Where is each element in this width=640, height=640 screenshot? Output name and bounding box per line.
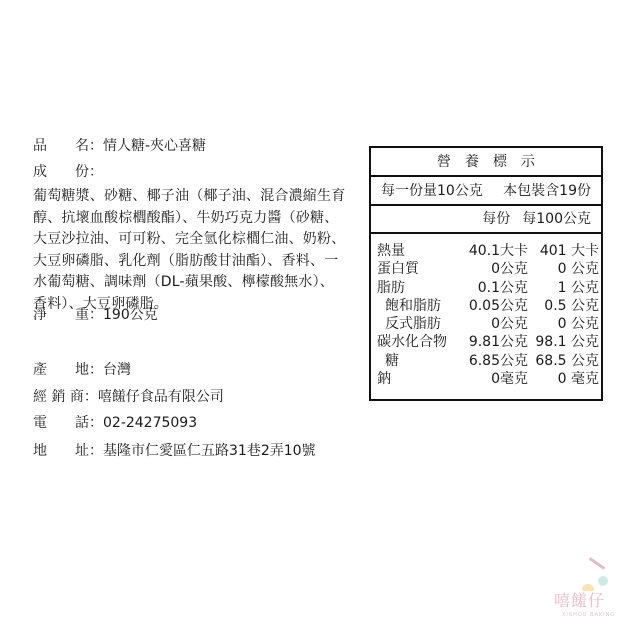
nutrient-per-serving: 40.1大卡 (459, 242, 528, 260)
nutrient-per-serving: 0.05公克 (459, 297, 528, 315)
nutrient-name: 脂肪 (371, 279, 459, 297)
address-value: 基隆市仁愛區仁五路31巷2弄10號 (103, 443, 316, 459)
nutrient-per-serving: 0毫克 (459, 370, 528, 388)
net-weight-label: 淨 重： (33, 307, 103, 323)
ingredients-text: 葡萄糖漿、砂糖、椰子油（椰子油、混合濃縮生育 醇、抗壞血酸棕櫚酸酯）、牛奶巧克力… (33, 186, 363, 315)
phone-line: 電 話：02-24275093 (33, 412, 197, 434)
nutrient-name: 飽和脂肪 (371, 297, 459, 315)
nutrient-name: 鈉 (371, 370, 459, 388)
nutrition-facts-table: 營養標示 每一份量10公克 本包裝含19份 每份 每100公克 熱量 40.1大… (369, 146, 603, 401)
logo-text: 嘻饈仔 (554, 588, 605, 611)
phone-value: 02-24275093 (103, 415, 197, 431)
phone-label: 電 話： (33, 415, 103, 431)
nutrition-column-header: 每份 每100公克 (371, 206, 601, 234)
nutrition-row-carbohydrate: 碳水化合物 9.81公克 98.1 公克 (371, 333, 601, 351)
nutrient-per-100g: 0.5 公克 (528, 297, 599, 315)
net-weight-line: 淨 重：190公克 (33, 304, 158, 326)
nutrition-rows: 熱量 40.1大卡 401 大卡 蛋白質 0公克 0 公克 脂肪 0.1公克 1… (371, 234, 601, 388)
origin-line: 產 地：台灣 (33, 359, 131, 381)
distributor-label: 經 銷 商： (33, 389, 98, 405)
nutrient-per-100g: 0 公克 (528, 260, 599, 278)
ingredients-label-line: 成 份： (33, 161, 103, 183)
nutrient-name: 碳水化合物 (371, 333, 459, 351)
address-line: 地 址：基隆市仁愛區仁五路31巷2弄10號 (33, 440, 316, 462)
col-per-100g: 每100公克 (522, 206, 591, 232)
nutrition-row-sugar: 糖 6.85公克 68.5 公克 (371, 352, 601, 370)
ingredients-line: 水葡萄糖、調味劑（DL-蘋果酸、檸檬酸無水）、 (33, 272, 363, 294)
nutrient-name: 蛋白質 (371, 260, 459, 278)
product-name-line: 品 名：情人糖-夾心喜糖 (33, 135, 206, 157)
ingredients-line: 大豆卵磷脂、乳化劑（脂肪酸甘油酯）、香料、一 (33, 251, 363, 273)
nutrient-per-serving: 0.1公克 (459, 279, 528, 297)
address-label: 地 址： (33, 443, 103, 459)
nutrition-row-saturated-fat: 飽和脂肪 0.05公克 0.5 公克 (371, 297, 601, 315)
nutrient-name: 反式脂肪 (371, 315, 459, 333)
nutrition-row-fat: 脂肪 0.1公克 1 公克 (371, 279, 601, 297)
nutrition-title: 營養標示 (371, 148, 601, 177)
cupcake-icon (598, 576, 608, 586)
nutrition-row-sodium: 鈉 0毫克 0 毫克 (371, 370, 601, 388)
product-name-label: 品 名： (33, 138, 103, 154)
nutrient-per-100g: 98.1 公克 (528, 333, 599, 351)
nutrient-per-100g: 401 大卡 (528, 242, 599, 260)
spoon-icon (589, 557, 605, 570)
product-name-value: 情人糖-夾心喜糖 (103, 138, 206, 154)
distributor-value: 嘻饈仔食品有限公司 (98, 389, 224, 405)
serving-size: 每一份量10公克 (381, 177, 483, 204)
nutrient-per-100g: 0 毫克 (528, 370, 599, 388)
ingredients-label: 成 份： (33, 164, 103, 180)
nutrient-per-100g: 0 公克 (528, 315, 599, 333)
distributor-line: 經 銷 商：嘻饈仔食品有限公司 (33, 386, 224, 408)
ingredients-line: 葡萄糖漿、砂糖、椰子油（椰子油、混合濃縮生育 (33, 186, 363, 208)
servings-per-pack: 本包裝含19份 (503, 177, 591, 204)
serving-info-row: 每一份量10公克 本包裝含19份 (371, 177, 601, 206)
nutrient-per-serving: 0公克 (459, 260, 528, 278)
nutrition-row-calories: 熱量 40.1大卡 401 大卡 (371, 242, 601, 260)
origin-label: 產 地： (33, 362, 103, 378)
nutrient-per-serving: 9.81公克 (459, 333, 528, 351)
nutrient-per-serving: 6.85公克 (459, 352, 528, 370)
nutrient-name: 熱量 (371, 242, 459, 260)
logo-subtext: XISHOU BAKING (562, 612, 615, 618)
nutrition-row-protein: 蛋白質 0公克 0 公克 (371, 260, 601, 278)
ingredients-line: 大豆沙拉油、可可粉、完全氫化棕櫚仁油、奶粉、 (33, 229, 363, 251)
nutrient-per-100g: 68.5 公克 (528, 352, 599, 370)
col-per-serving: 每份 (482, 206, 510, 232)
nutrition-row-trans-fat: 反式脂肪 0公克 0 公克 (371, 315, 601, 333)
brand-logo: 嘻饈仔 XISHOU BAKING (548, 548, 628, 628)
nutrient-per-serving: 0公克 (459, 315, 528, 333)
ingredients-line: 醇、抗壞血酸棕櫚酸酯）、牛奶巧克力醬（砂糖、 (33, 208, 363, 230)
nutrient-per-100g: 1 公克 (528, 279, 599, 297)
net-weight-value: 190公克 (103, 307, 158, 323)
nutrient-name: 糖 (371, 352, 459, 370)
origin-value: 台灣 (103, 362, 131, 378)
